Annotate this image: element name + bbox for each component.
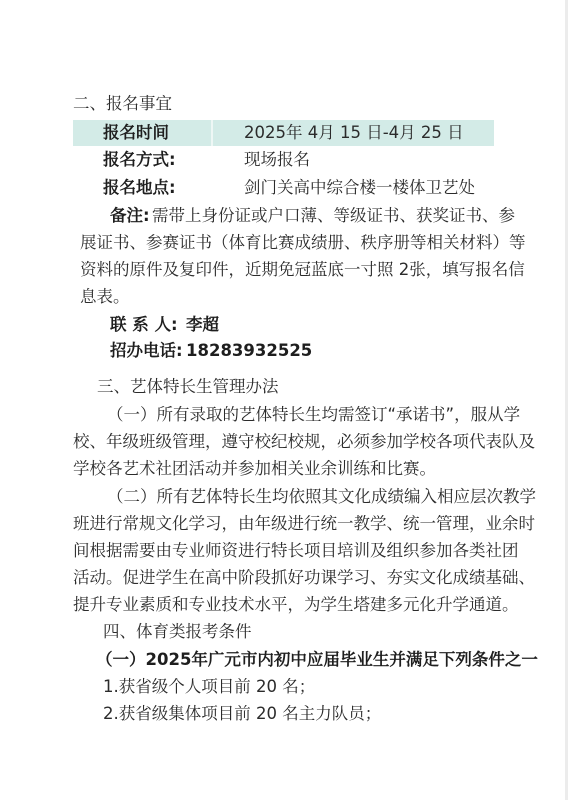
management-para-1-line-1: （一）所有录取的艺体特长生均需签订“承诺书”，服从学 xyxy=(107,401,493,428)
registration-location-label: 报名地点: xyxy=(103,174,176,201)
management-para-2-line-4: 活动。促进学生在高中阶段抓好功课学习、夯实文化成绩基础、 xyxy=(73,564,493,591)
note-line-4: 息表。 xyxy=(80,283,130,310)
management-para-2-line-3: 间根据需要由专业师资进行特长项目培训及组织参加各类社团 xyxy=(73,537,493,564)
registration-location-value: 剑门关高中综合楼一楼体卫艺处 xyxy=(244,174,475,201)
note-line-2: 展证书、参赛证书（体育比赛成绩册、秩序册等相关材料）等 xyxy=(80,229,493,256)
management-para-2-line-1: （二）所有艺体特长生均依照其文化成绩编入相应层次教学 xyxy=(107,483,493,510)
registration-method-value: 现场报名 xyxy=(244,146,310,173)
registration-method-label: 报名方式: xyxy=(103,146,176,173)
contact-label: 联 系 人: xyxy=(110,311,178,338)
phone-value: 18283932525 xyxy=(186,337,312,364)
management-para-1-line-3: 学校各艺术社团活动并参加相关业余训练和比赛。 xyxy=(73,455,436,482)
registration-time-value: 2025年 4月 15 日-4月 25 日 xyxy=(244,119,464,146)
contact-value: 李超 xyxy=(186,311,219,338)
section-heading-management: 三、艺体特长生管理办法 xyxy=(97,373,279,400)
section-heading-sports-requirements: 四、体育类报考条件 xyxy=(103,618,252,645)
note-label: 备注: xyxy=(110,202,150,229)
sports-requirement-item-1: 1.获省级个人项目前 20 名； xyxy=(103,673,315,700)
note-line-3: 资料的原件及复印件，近期免冠蓝底一寸照 2张，填写报名信 xyxy=(80,256,493,283)
sports-requirements-subheading: （一）2025年广元市内初中应届毕业生并满足下列条件之一 xyxy=(96,646,493,673)
sports-requirement-item-2: 2.获省级集体项目前 20 名主力队员； xyxy=(103,700,381,727)
highlight-row-separator xyxy=(211,120,213,146)
management-para-1-line-2: 校、年级班级管理，遵守校纪校规，必须参加学校各项代表队及 xyxy=(73,428,493,455)
section-heading-registration: 二、报名事宜 xyxy=(73,90,172,117)
note-line-1: 需带上身份证或户口薄、等级证书、获奖证书、参 xyxy=(152,202,493,229)
registration-time-label: 报名时间 xyxy=(103,119,169,146)
management-para-2-line-2: 班进行常规文化学习，由年级进行统一教学、统一管理，业余时 xyxy=(73,510,493,537)
phone-label: 招办电话: xyxy=(110,337,183,364)
management-para-2-line-5: 提升专业素质和专业技术水平，为学生塔建多元化升学通道。 xyxy=(73,591,493,618)
